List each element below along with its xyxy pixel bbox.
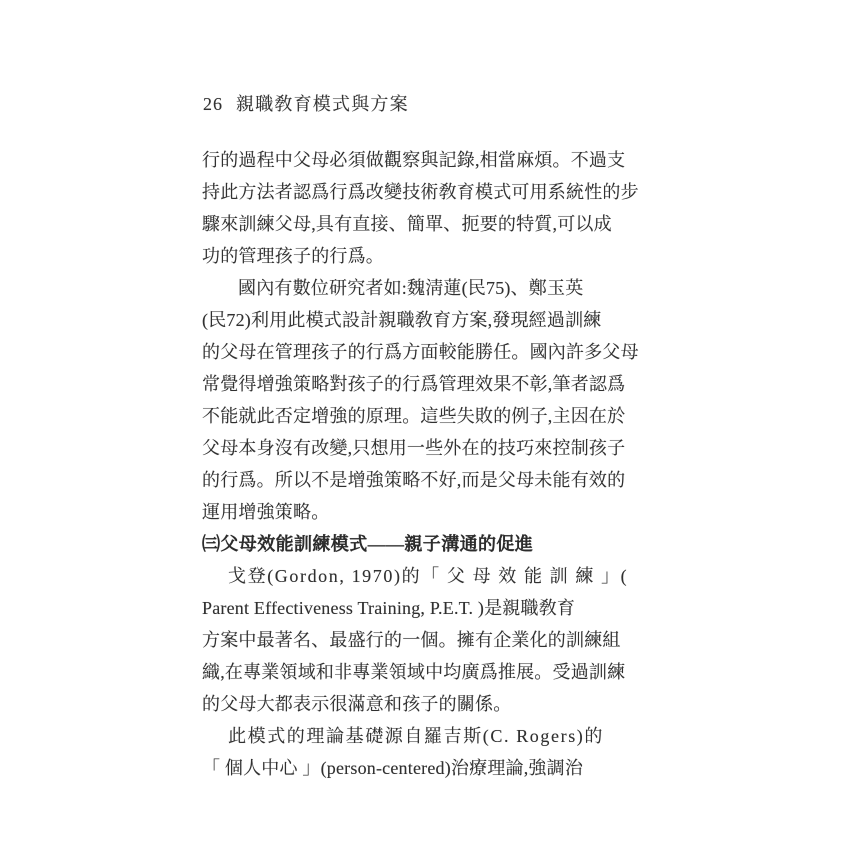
body-text-block: 行的過程中父母必須做觀察與記錄,相當麻煩。不過支 持此方法者認爲行爲改變技術敎育… — [202, 144, 650, 784]
running-title: 親職敎育模式與方案 — [236, 93, 409, 115]
text-line: 驟來訓練父母,具有直接、簡單、扼要的特質,可以成 — [202, 208, 650, 240]
text-line: 此模式的理論基礎源自羅吉斯(C. Rogers)的 — [202, 720, 650, 752]
scanned-book-page: 26 親職敎育模式與方案 行的過程中父母必須做觀察與記錄,相當麻煩。不過支 持此… — [0, 0, 850, 850]
text-line: 織,在專業領域和非專業領域中均廣爲推展。受過訓練 — [202, 656, 650, 688]
text-line: 不能就此否定增強的原理。這些失敗的例子,主因在於 — [202, 400, 650, 432]
text-line: 「 個人中心 」(person-centered)治療理論,強調治 — [202, 752, 650, 784]
text-line: 運用增強策略。 — [202, 496, 650, 528]
text-line: 國內有數位研究者如:魏淸蓮(民75)、鄭玉英 — [202, 272, 650, 304]
text-line: 戈登(Gordon, 1970)的「 父 母 效 能 訓 練 」( — [202, 560, 650, 592]
text-line: 功的管理孩子的行爲。 — [202, 240, 650, 272]
running-header: 26 親職敎育模式與方案 — [203, 93, 409, 115]
section-heading: ㈢父母效能訓練模式——親子溝通的促進 — [202, 528, 650, 560]
text-line: 父母本身沒有改變,只想用一些外在的技巧來控制孩子 — [202, 432, 650, 464]
text-line: 持此方法者認爲行爲改變技術敎育模式可用系統性的步 — [202, 176, 650, 208]
text-line: 的父母在管理孩子的行爲方面較能勝任。國內許多父母 — [202, 336, 650, 368]
text-line: 行的過程中父母必須做觀察與記錄,相當麻煩。不過支 — [202, 144, 650, 176]
text-line: Parent Effectiveness Training, P.E.T. )是… — [202, 592, 650, 624]
page-number: 26 — [203, 93, 223, 115]
text-line: 方案中最著名、最盛行的一個。擁有企業化的訓練組 — [202, 624, 650, 656]
text-line: 常覺得增強策略對孩子的行爲管理效果不彰,筆者認爲 — [202, 368, 650, 400]
text-line: 的父母大都表示很滿意和孩子的關係。 — [202, 688, 650, 720]
text-line: (民72)利用此模式設計親職敎育方案,發現經過訓練 — [202, 304, 650, 336]
text-line: 的行爲。所以不是增強策略不好,而是父母未能有效的 — [202, 464, 650, 496]
